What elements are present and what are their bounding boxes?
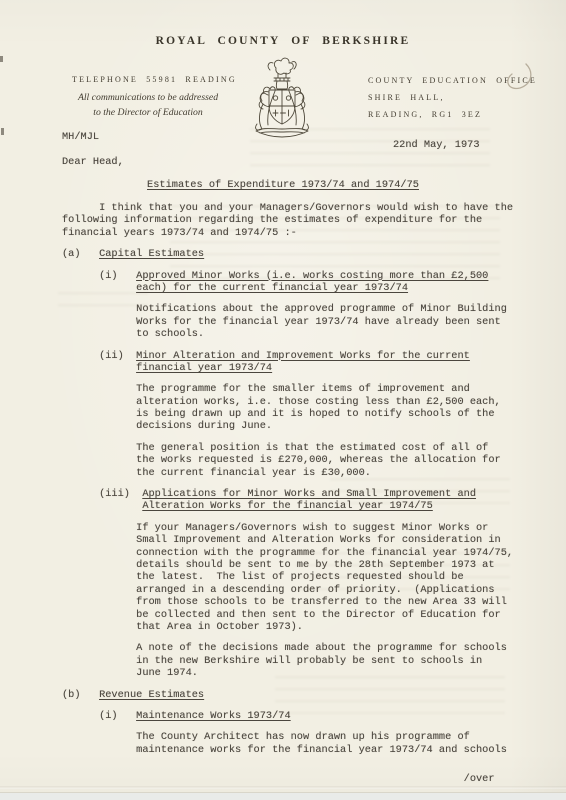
telephone-line: TELEPHONE 55981 READING xyxy=(72,75,237,84)
letter-line: in the new Berkshire will probably be se… xyxy=(62,655,542,667)
letter-line: each) for the current financial year 197… xyxy=(62,282,542,294)
scanned-letter-page: ROYAL COUNTY OF BERKSHIRE TELEPHONE 5598… xyxy=(0,0,566,800)
letter-line: (b)Revenue Estimates xyxy=(62,689,542,701)
letter-line-text: the works requested is £270,000, whereas… xyxy=(136,454,501,466)
salutation: Dear Head, xyxy=(62,156,124,168)
letter-line: (i)Maintenance Works 1973/74 xyxy=(62,710,542,722)
letter-line-text: is being drawn up and it is hoped to not… xyxy=(136,408,494,420)
letter-body: I think that you and your Managers/Gover… xyxy=(62,202,542,785)
letter-line-text: Minor Alteration and Improvement Works f… xyxy=(136,350,470,362)
list-marker: (iii) xyxy=(99,488,130,500)
letter-line: decisions during June. xyxy=(62,420,542,432)
office-address-line2: READING, RG1 3EZ xyxy=(368,110,537,127)
letter-line-text: arranged in a descending order of priori… xyxy=(136,584,494,596)
letter-line: Alteration Works for the financial year … xyxy=(62,500,542,512)
letter-line-text: financial years 1973/74 and 1974/75 :- xyxy=(62,227,297,239)
letter-line-text: from those schools to be transferred to … xyxy=(136,596,507,608)
letter-line: be collected and then sent to the Direct… xyxy=(62,609,542,621)
item-b-i-heading: (i)Maintenance Works 1973/74 xyxy=(62,710,542,722)
item-a-ii-heading: (ii)Minor Alteration and Improvement Wor… xyxy=(62,350,542,375)
paragraph: The general position is that the estimat… xyxy=(62,442,542,479)
letter-line: alteration works, i.e. those costing les… xyxy=(62,396,542,408)
letter-line-text: If your Managers/Governors wish to sugge… xyxy=(136,522,488,534)
list-marker: (i) xyxy=(99,710,118,722)
letter-line: that Area in October 1973). xyxy=(62,621,542,633)
letter-line: The programme for the smaller items of i… xyxy=(62,383,542,395)
scan-background-strip xyxy=(0,792,566,800)
letter-line: Notifications about the approved program… xyxy=(62,303,542,315)
pen-squiggle-mark xyxy=(492,60,540,100)
list-marker: (ii) xyxy=(99,350,124,362)
letter-line-text: that Area in October 1973). xyxy=(136,621,303,633)
letter-line: I think that you and your Managers/Gover… xyxy=(62,202,542,214)
communications-note-line2: to the Director of Education xyxy=(57,105,239,120)
letter-line-text: be collected and then sent to the Direct… xyxy=(136,609,501,621)
scan-speck xyxy=(0,56,3,62)
intro-paragraph: I think that you and your Managers/Gover… xyxy=(62,202,542,239)
letter-line: financial years 1973/74 and 1974/75 :- xyxy=(62,227,542,239)
letter-line: financial year 1973/74 xyxy=(62,362,542,374)
letter-line-text: Notifications about the approved program… xyxy=(136,303,507,315)
item-a-i-heading: (i)Approved Minor Works (i.e. works cost… xyxy=(62,270,542,295)
list-marker: (a) xyxy=(62,248,81,260)
letter-line: the current financial year is £30,000. xyxy=(62,467,542,479)
letter-line-text: following information regarding the esti… xyxy=(62,214,482,226)
letter-line-text: each) for the current financial year 197… xyxy=(136,282,408,294)
letter-line-text: I think that you and your Managers/Gover… xyxy=(99,202,513,214)
letter-line-text: connection with the programme for the fi… xyxy=(136,547,513,559)
letter-line-text: June 1974. xyxy=(136,667,198,679)
letter-line-text: /over xyxy=(464,773,495,785)
letter-line: /over xyxy=(62,773,542,785)
continuation: /over xyxy=(62,773,542,785)
letter-line: A note of the decisions made about the p… xyxy=(62,642,542,654)
letter-line-text: to schools. xyxy=(136,328,204,340)
letter-line: maintenance works for the financial year… xyxy=(62,744,542,756)
item-a-iii-heading: (iii)Applications for Minor Works and Sm… xyxy=(62,488,542,513)
list-marker: (b) xyxy=(62,689,81,701)
letter-line-text: Maintenance Works 1973/74 xyxy=(136,710,290,722)
letter-line: is being drawn up and it is hoped to not… xyxy=(62,408,542,420)
letter-line-text: the latest. The list of projects request… xyxy=(136,571,464,583)
organisation-title: ROYAL COUNTY OF BERKSHIRE xyxy=(0,35,566,47)
communications-note: All communications to be addressed to th… xyxy=(57,90,239,120)
letter-line-text: the current financial year is £30,000. xyxy=(136,467,371,479)
letter-date: 22nd May, 1973 xyxy=(393,139,480,151)
letter-line: If your Managers/Governors wish to sugge… xyxy=(62,522,542,534)
letter-line-text: in the new Berkshire will probably be se… xyxy=(136,655,482,667)
letter-line-text: alteration works, i.e. those costing les… xyxy=(136,396,501,408)
letter-line: the latest. The list of projects request… xyxy=(62,571,542,583)
letter-line: following information regarding the esti… xyxy=(62,214,542,226)
letter-line: Works for the financial year 1973/74 hav… xyxy=(62,316,542,328)
letter-line-text: The programme for the smaller items of i… xyxy=(136,383,470,395)
paper-crease xyxy=(0,786,566,789)
list-marker: (i) xyxy=(99,270,118,282)
letter-line: arranged in a descending order of priori… xyxy=(62,584,542,596)
letter-line-text: details should be sent to me by the 28th… xyxy=(136,559,494,571)
reference-code: MH/MJL xyxy=(62,131,99,143)
letter-line-text: Revenue Estimates xyxy=(99,689,204,701)
letter-line: (a)Capital Estimates xyxy=(62,248,542,260)
letter-line: connection with the programme for the fi… xyxy=(62,547,542,559)
letter-line-text: Capital Estimates xyxy=(99,248,204,260)
letter-line: details should be sent to me by the 28th… xyxy=(62,559,542,571)
letter-line-text: Alteration Works for the financial year … xyxy=(142,500,432,512)
letter-line: The County Architect has now drawn up hi… xyxy=(62,731,542,743)
scan-speck xyxy=(1,128,4,135)
section-a-heading: (a)Capital Estimates xyxy=(62,248,542,260)
letter-line-text: Approved Minor Works (i.e. works costing… xyxy=(136,270,488,282)
letter-line: (i)Approved Minor Works (i.e. works cost… xyxy=(62,270,542,282)
letter-line: from those schools to be transferred to … xyxy=(62,596,542,608)
letter-line-text: Works for the financial year 1973/74 hav… xyxy=(136,316,501,328)
paragraph: A note of the decisions made about the p… xyxy=(62,642,542,679)
paragraph: The programme for the smaller items of i… xyxy=(62,383,542,433)
letter-line-text: The general position is that the estimat… xyxy=(136,442,488,454)
letter-line: (ii)Minor Alteration and Improvement Wor… xyxy=(62,350,542,362)
letter-line: (iii)Applications for Minor Works and Sm… xyxy=(62,488,542,500)
letter-line: Small Improvement and Alteration Works f… xyxy=(62,534,542,546)
subject-heading: Estimates of Expenditure 1973/74 and 197… xyxy=(0,179,566,191)
letter-line: to schools. xyxy=(62,328,542,340)
letter-line-text: The County Architect has now drawn up hi… xyxy=(136,731,470,743)
letter-line-text: Small Improvement and Alteration Works f… xyxy=(136,534,501,546)
communications-note-line1: All communications to be addressed xyxy=(57,90,239,105)
paragraph: The County Architect has now drawn up hi… xyxy=(62,731,542,756)
letter-line-text: Applications for Minor Works and Small I… xyxy=(142,488,476,500)
letter-line-text: financial year 1973/74 xyxy=(136,362,272,374)
coat-of-arms-icon xyxy=(232,54,332,146)
paragraph: Notifications about the approved program… xyxy=(62,303,542,340)
letter-line-text: decisions during June. xyxy=(136,420,272,432)
section-b-heading: (b)Revenue Estimates xyxy=(62,689,542,701)
letter-line-text: A note of the decisions made about the p… xyxy=(136,642,507,654)
letter-line: the works requested is £270,000, whereas… xyxy=(62,454,542,466)
paragraph: If your Managers/Governors wish to sugge… xyxy=(62,522,542,634)
letter-line: The general position is that the estimat… xyxy=(62,442,542,454)
letter-line: June 1974. xyxy=(62,667,542,679)
letter-line-text: maintenance works for the financial year… xyxy=(136,744,507,756)
